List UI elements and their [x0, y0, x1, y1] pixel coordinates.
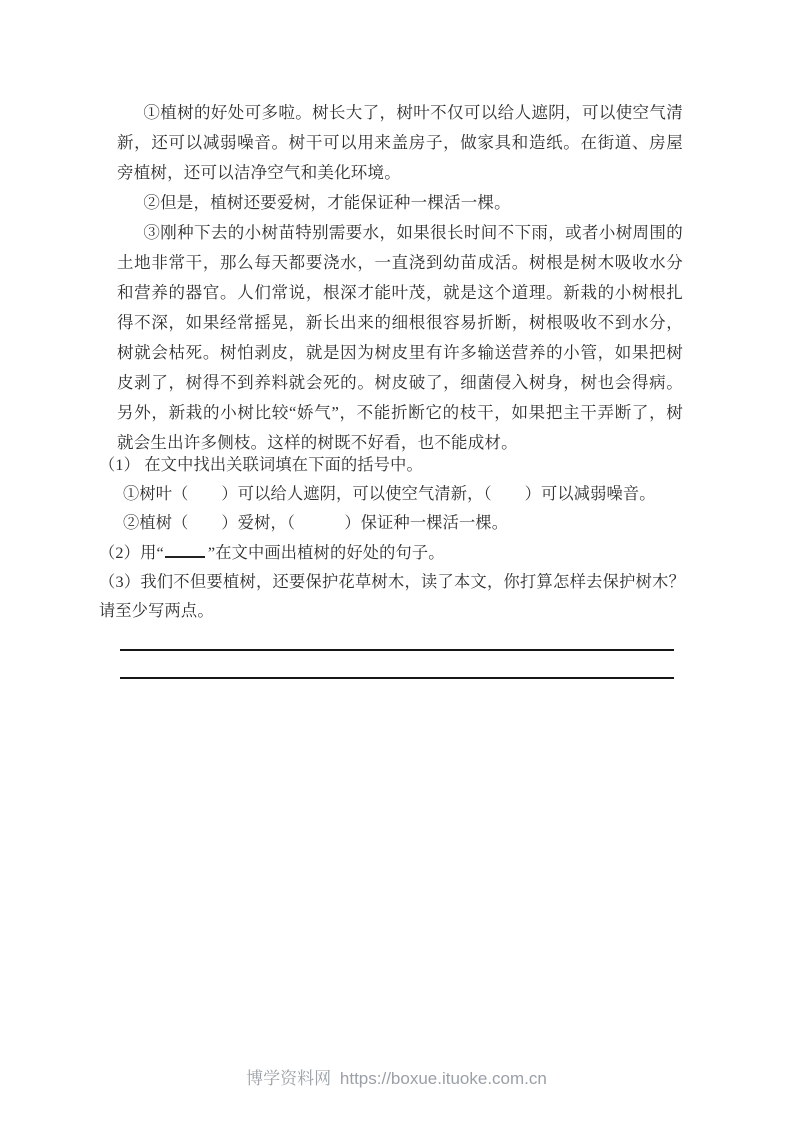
question-1-item-1: ①树叶（ ）可以给人遮阴，可以使空气清新，（ ）可以减弱噪音。 — [123, 480, 685, 509]
underline-blank — [165, 554, 205, 558]
question-2: （2）用“”在文中画出植树的好处的句子。 — [99, 539, 685, 568]
question-1-item-2: ②植树（ ）爱树，（ ）保证种一棵活一棵。 — [123, 509, 685, 538]
footer-watermark: 博学资料网 https://boxue.ituoke.com.cn — [0, 1064, 793, 1089]
passage-paragraph-2: ②但是，植树还要爱树，才能保证种一棵活一棵。 — [117, 188, 683, 218]
passage-paragraph-1: ①植树的好处可多啦。树长大了，树叶不仅可以给人遮阴，可以使空气清新，还可以减弱噪… — [117, 98, 683, 188]
answer-line-1 — [120, 649, 674, 651]
question-section: （1） 在文中找出关联词填在下面的括号中。 ①树叶（ ）可以给人遮阴，可以使空气… — [99, 451, 685, 626]
answer-line-2 — [120, 677, 674, 679]
reading-passage: ①植树的好处可多啦。树长大了，树叶不仅可以给人遮阴，可以使空气清新，还可以减弱噪… — [117, 98, 683, 458]
question-2-suffix: ”在文中画出植树的好处的句子。 — [208, 544, 445, 562]
passage-paragraph-3: ③刚种下去的小树苗特别需要水，如果很长时间不下雨，或者小树周围的土地非常干，那么… — [117, 218, 683, 458]
question-2-prefix: （2）用“ — [99, 544, 164, 562]
question-1: （1） 在文中找出关联词填在下面的括号中。 — [99, 451, 685, 480]
question-3: （3）我们不但要植树，还要保护花草树木，读了本文，你打算怎样去保护树木？请至少写… — [99, 568, 685, 626]
footer-site-name: 博学资料网 — [244, 1069, 333, 1088]
footer-site-url: https://boxue.ituoke.com.cn — [338, 1069, 549, 1088]
